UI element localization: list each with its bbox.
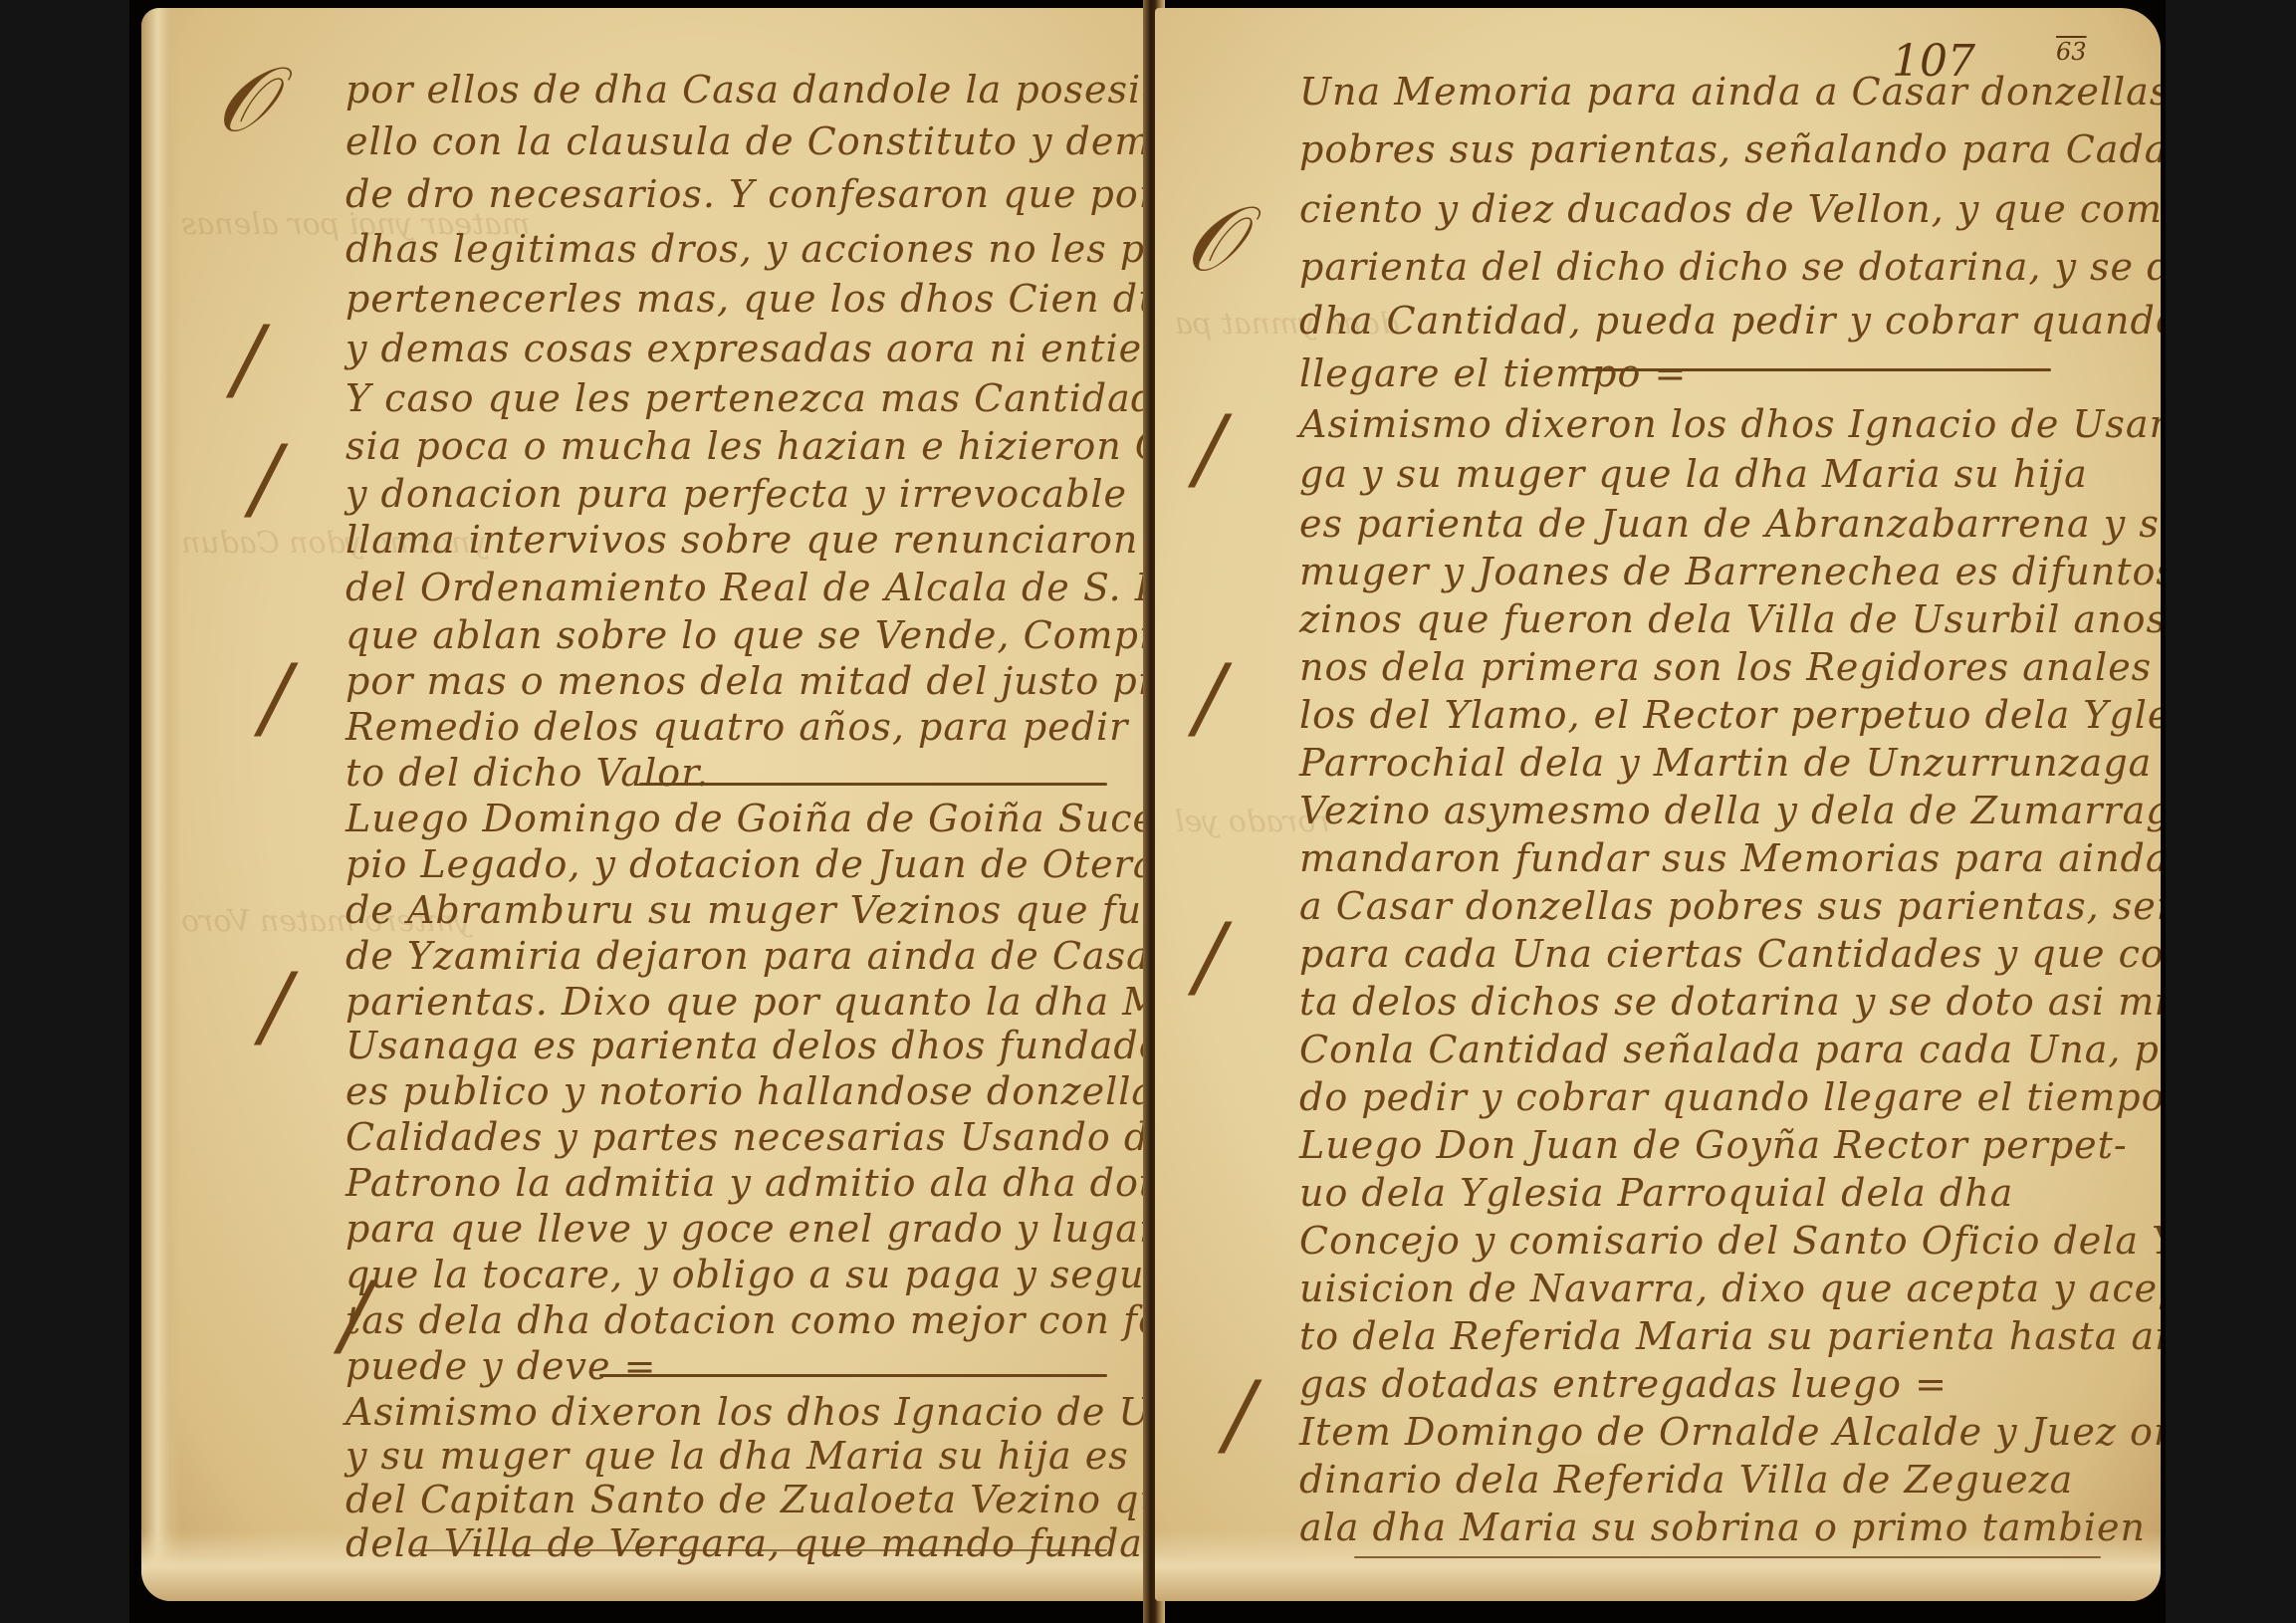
text-line: ello con la clausula de Constituto y dem… bbox=[345, 119, 1153, 163]
text-line: que la tocare, y obligo a su paga y segu… bbox=[345, 1253, 1153, 1296]
text-line: Asimismo dixeron los dhos Ignacio de Usa… bbox=[1299, 402, 2161, 446]
text-line: do pedir y cobrar quando llegare el tiem… bbox=[1299, 1075, 2161, 1119]
text-line: uo dela Yglesia Parroquial dela dha bbox=[1299, 1171, 2013, 1215]
text-line: pertenecerles mas, que los dhos Cien duc… bbox=[345, 277, 1153, 321]
text-line: uisicion de Navarra, dixo que acepta y a… bbox=[1299, 1267, 2161, 1310]
text-line: sia poca o mucha les hazian e hizieron C… bbox=[345, 424, 1153, 468]
text-line: Item Domingo de Ornalde Alcalde y Juez o… bbox=[1299, 1410, 2161, 1454]
text-line: del Capitan Santo de Zualoeta Vezino que… bbox=[345, 1478, 1153, 1521]
text-line: Luego Don Juan de Goyña Rector perpet- bbox=[1299, 1123, 2128, 1167]
text-line: Calidades y partes necesarias Usando del… bbox=[345, 1115, 1153, 1159]
text-line: dinario dela Referida Villa de Zegueza bbox=[1299, 1458, 2073, 1502]
text-line: puede y deve = bbox=[345, 1344, 656, 1388]
closing-rule bbox=[1354, 1556, 2101, 1558]
text-line: Y caso que les pertenezca mas Cantidad d… bbox=[345, 376, 1153, 420]
text-line: llegare el tiempo = bbox=[1299, 351, 1687, 395]
line-filler-rule bbox=[1583, 368, 2051, 371]
text-line: llama intervivos sobre que renunciaron l… bbox=[345, 518, 1153, 562]
text-line: de Yzamiria dejaron para ainda de Casar … bbox=[345, 934, 1153, 978]
text-line: zinos que fueron dela Villa de Usurbil a… bbox=[1299, 597, 2161, 641]
text-line: que ablan sobre lo que se Vende, Compra … bbox=[345, 613, 1153, 657]
text-line: mandaron fundar sus Memorias para ainda bbox=[1299, 836, 2161, 880]
text-line: a Casar donzellas pobres sus parientas, … bbox=[1299, 884, 2161, 928]
text-line: pio Legado, y dotacion de Juan de Otera … bbox=[345, 842, 1153, 886]
text-line: dela Villa de Vergara, que mando fundar bbox=[345, 1521, 1153, 1565]
manuscript-scan: matear ynoi por alenas ynasmo ydon Cadun… bbox=[129, 0, 2166, 1623]
text-line: es parienta de Juan de Abranzabarrena y … bbox=[1299, 502, 2161, 546]
text-line: nos dela primera son los Regidores anale… bbox=[1299, 645, 2161, 689]
left-page: matear ynoi por alenas ynasmo ydon Cadun… bbox=[141, 8, 1153, 1601]
text-line: para cada Una ciertas Cantidades y que c… bbox=[1299, 932, 2161, 976]
text-line: Remedio delos quatro años, para pedir el… bbox=[345, 705, 1153, 749]
text-line: de dro necesarios. Y confesaron que por … bbox=[345, 172, 1153, 216]
text-line: dha Cantidad, pueda pedir y cobrar quand… bbox=[1299, 299, 2161, 343]
text-line: ga y su muger que la dha Maria su hija bbox=[1299, 452, 2088, 496]
left-page-text: por ellos de dha Casa dandole la posesio… bbox=[141, 8, 1153, 1601]
text-line: Una Memoria para ainda a Casar donzellas bbox=[1299, 70, 2161, 114]
line-filler-rule bbox=[599, 1374, 1107, 1377]
text-line: parientas. Dixo que por quanto la dha Ma… bbox=[345, 980, 1153, 1024]
text-line: Parrochial dela y Martin de Unzurrunzaga bbox=[1299, 741, 2152, 785]
text-line: Vezino asymesmo della y dela de Zumarrag… bbox=[1299, 789, 2161, 832]
text-line: ciento y diez ducados de Vellon, y que c… bbox=[1299, 187, 2161, 231]
text-line: parienta del dicho dicho se dotarina, y … bbox=[1299, 245, 2161, 289]
text-line: y donacion pura perfecta y irrevocable q… bbox=[345, 472, 1153, 516]
right-page-text: Una Memoria para ainda a Casar donzellas… bbox=[1155, 8, 2161, 1601]
text-line: Usanaga es parienta delos dhos fundadore… bbox=[345, 1024, 1153, 1067]
text-line: muger y Joanes de Barrenechea es difunto… bbox=[1299, 550, 2161, 593]
right-page: dona ymnat pa rorado yel 107 63 𝒪 / / / … bbox=[1155, 8, 2161, 1601]
text-line: ta delos dichos se dotarina y se doto as… bbox=[1299, 980, 2161, 1024]
text-line: y demas cosas expresadas aora ni entiemp… bbox=[345, 327, 1153, 370]
text-line: los del Ylamo, el Rector perpetuo dela Y… bbox=[1299, 693, 2161, 737]
text-line: por mas o menos dela mitad del justo pre… bbox=[345, 659, 1153, 703]
text-line: Luego Domingo de Goiña de Goiña Sucesor … bbox=[345, 797, 1153, 840]
text-line: dhas legitimas dros, y acciones no les p… bbox=[345, 227, 1153, 271]
line-filler-rule bbox=[639, 783, 1107, 786]
text-line: por ellos de dha Casa dandole la posesio… bbox=[345, 68, 1153, 112]
text-line: Conla Cantidad señalada para cada Una, p… bbox=[1299, 1028, 2161, 1071]
text-line: ala dha Maria su sobrina o primo tambien bbox=[1299, 1506, 2146, 1549]
text-line: y su muger que la dha Maria su hija es p… bbox=[345, 1434, 1153, 1478]
text-line: Asimismo dixeron los dhos Ignacio de Usa… bbox=[345, 1390, 1153, 1434]
text-line: to del dicho Valor. bbox=[345, 751, 709, 795]
text-line: to dela Referida Maria su parienta hasta… bbox=[1299, 1314, 2161, 1358]
text-line: para que lleve y goce enel grado y lugar… bbox=[345, 1207, 1153, 1251]
text-line: pobres sus parientas, señalando para Cad… bbox=[1299, 127, 2161, 171]
closing-rule bbox=[410, 1549, 1107, 1551]
text-line: Concejo y comisario del Santo Oficio del… bbox=[1299, 1219, 2161, 1263]
text-line: de Abramburu su muger Vezinos que fueron… bbox=[345, 888, 1153, 932]
text-line: tas dela dha dotacion como mejor con for… bbox=[345, 1298, 1153, 1342]
text-line: Patrono la admitia y admitio ala dha dot… bbox=[345, 1161, 1153, 1205]
text-line: del Ordenamiento Real de Alcala de S. He… bbox=[345, 566, 1153, 609]
text-line: es publico y notorio hallandose donzella… bbox=[345, 1069, 1153, 1113]
text-line: gas dotadas entregadas luego = bbox=[1299, 1362, 1948, 1406]
